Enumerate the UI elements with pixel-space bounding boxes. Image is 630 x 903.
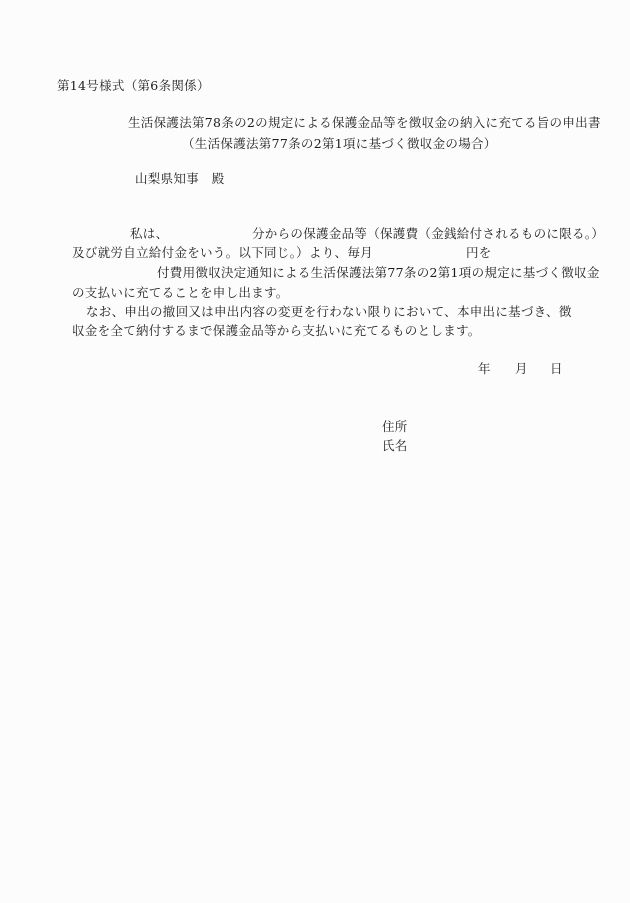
form-document-page: 第14号様式（第6条関係） 生活保護法第78条の2の規定による保護金品等を徴収金… — [0, 0, 630, 903]
body-line2-tail: 円を — [466, 245, 492, 260]
body-line5: なお、申出の撤回又は申出内容の変更を行わない限りにおいて、本申出に基づき、徴 — [86, 304, 572, 319]
blank-monthly-amount-field — [398, 245, 464, 260]
date-month-label: 月 — [515, 361, 528, 376]
body-line1-lead: 私は、 — [130, 226, 168, 241]
body-line6: 収金を全て納付するまで保護金品等から支払いに充てるものとします。 — [72, 323, 481, 338]
blank-notice-date-field — [72, 265, 155, 280]
signature-address-label: 住所 — [382, 419, 408, 434]
document-title-line2: （生活保護法第77条の2第1項に基づく徴収金の場合） — [182, 136, 497, 151]
date-year-label: 年 — [478, 361, 491, 376]
body-line2-lead: 及び就労自立給付金をいう。以下同じ。）より、毎月 — [72, 245, 373, 260]
body-line4: の支払いに充てることを申し出ます。 — [72, 285, 289, 300]
addressee-line: 山梨県知事 殿 — [135, 171, 225, 186]
document-title-line1: 生活保護法第78条の2の規定による保護金品等を徴収金の納入に充てる旨の申出書 — [128, 115, 601, 130]
signature-name-label: 氏名 — [382, 438, 408, 453]
date-day-label: 日 — [550, 361, 563, 376]
form-number: 第14号様式（第6条関係） — [57, 78, 210, 93]
blank-benefit-from-date-field — [170, 226, 250, 241]
body-line3: 付費用徴収決定通知による生活保護法第77条の2第1項の規定に基づく徴収金 — [157, 265, 600, 280]
body-line1-rest: 分からの保護金品等（保護費（金銭給付されるものに限る。） — [252, 226, 604, 241]
